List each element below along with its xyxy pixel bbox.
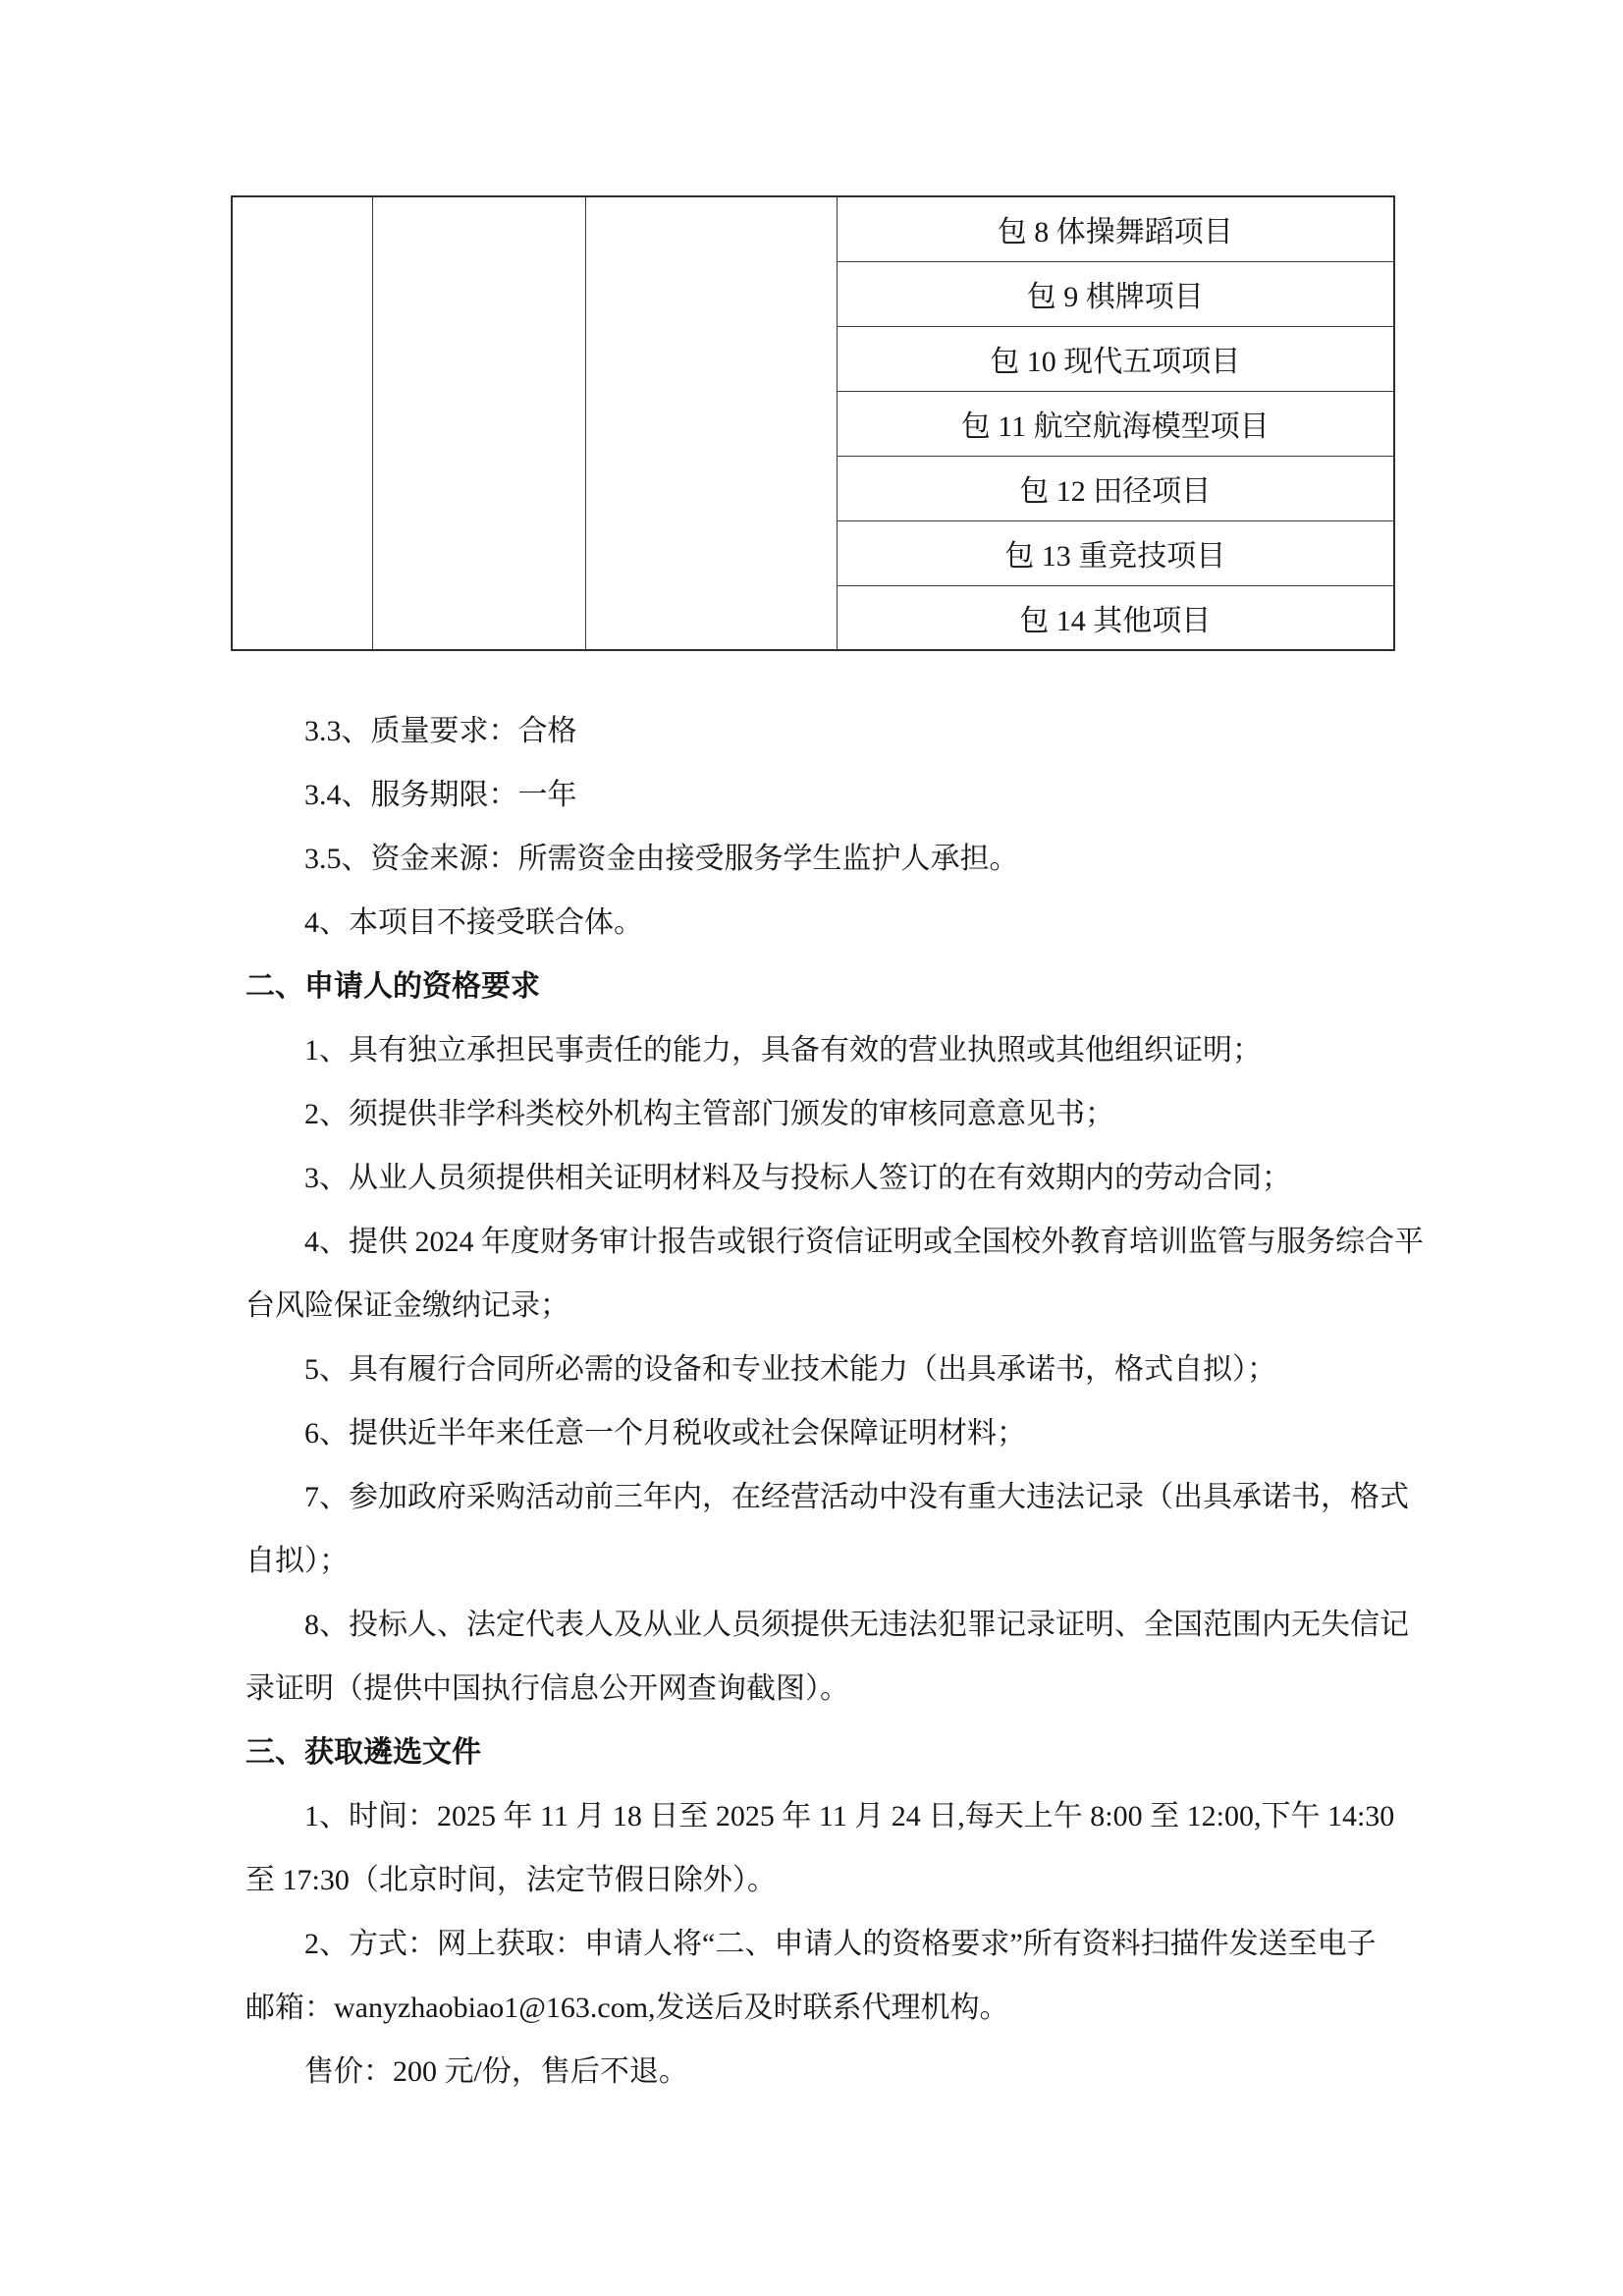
- text-line: 1、时间：2025 年 11 月 18 日至 2025 年 11 月 24 日,…: [245, 1784, 1502, 1848]
- text-line: 5、具有履行合同所必需的设备和专业技术能力（出具承诺书，格式自拟）；: [245, 1338, 1502, 1401]
- package-cell: 包 11 航空航海模型项目: [837, 391, 1394, 456]
- text-block: 3.3、质量要求：合格3.4、服务期限：一年3.5、资金来源：所需资金由接受服务…: [245, 699, 1502, 2104]
- text-line: 台风险保证金缴纳记录；: [245, 1274, 1502, 1338]
- empty-cell: [232, 196, 372, 650]
- text-line: 售价：200 元/份，售后不退。: [245, 2040, 1502, 2104]
- empty-cell: [372, 196, 585, 650]
- document-page: 包 8 体操舞蹈项目包 9 棋牌项目包 10 现代五项项目包 11 航空航海模型…: [0, 0, 1623, 2296]
- package-cell: 包 10 现代五项项目: [837, 326, 1394, 391]
- package-row: 包 8 体操舞蹈项目: [232, 196, 1394, 261]
- package-cell: 包 13 重竞技项目: [837, 520, 1394, 585]
- text-line: 录证明（提供中国执行信息公开网查询截图）。: [245, 1657, 1502, 1721]
- text-line: 至 17:30（北京时间，法定节假日除外）。: [245, 1848, 1502, 1912]
- packages-table: 包 8 体操舞蹈项目包 9 棋牌项目包 10 现代五项项目包 11 航空航海模型…: [231, 195, 1395, 651]
- package-cell: 包 8 体操舞蹈项目: [837, 196, 1394, 261]
- text-line: 2、须提供非学科类校外机构主管部门颁发的审核同意意见书；: [245, 1082, 1502, 1146]
- package-cell: 包 9 棋牌项目: [837, 261, 1394, 326]
- text-line: 6、提供近半年来任意一个月税收或社会保障证明材料；: [245, 1401, 1502, 1465]
- package-cell: 包 12 田径项目: [837, 456, 1394, 520]
- package-cell: 包 14 其他项目: [837, 585, 1394, 650]
- text-line: 邮箱：wanyzhaobiao1@163.com,发送后及时联系代理机构。: [245, 1976, 1502, 2040]
- text-line: 3.3、质量要求：合格: [245, 699, 1502, 763]
- text-line: 3.5、资金来源：所需资金由接受服务学生监护人承担。: [245, 827, 1502, 891]
- section-heading: 二、申请人的资格要求: [245, 955, 1502, 1018]
- text-line: 3、从业人员须提供相关证明材料及与投标人签订的在有效期内的劳动合同；: [245, 1146, 1502, 1210]
- text-line: 4、提供 2024 年度财务审计报告或银行资信证明或全国校外教育培训监管与服务综…: [245, 1210, 1502, 1274]
- packages-table-body: 包 8 体操舞蹈项目包 9 棋牌项目包 10 现代五项项目包 11 航空航海模型…: [232, 196, 1394, 650]
- text-line: 1、具有独立承担民事责任的能力，具备有效的营业执照或其他组织证明；: [245, 1018, 1502, 1082]
- text-line: 自拟）；: [245, 1529, 1502, 1593]
- text-line: 7、参加政府采购活动前三年内，在经营活动中没有重大违法记录（出具承诺书，格式: [245, 1465, 1502, 1529]
- text-line: 8、投标人、法定代表人及从业人员须提供无违法犯罪记录证明、全国范围内无失信记: [245, 1593, 1502, 1657]
- text-line: 4、本项目不接受联合体。: [245, 891, 1502, 955]
- section-heading: 三、获取遴选文件: [245, 1721, 1502, 1784]
- text-line: 2、方式：网上获取：申请人将“二、申请人的资格要求”所有资料扫描件发送至电子: [245, 1912, 1502, 1976]
- text-line: 3.4、服务期限：一年: [245, 763, 1502, 827]
- empty-cell: [585, 196, 837, 650]
